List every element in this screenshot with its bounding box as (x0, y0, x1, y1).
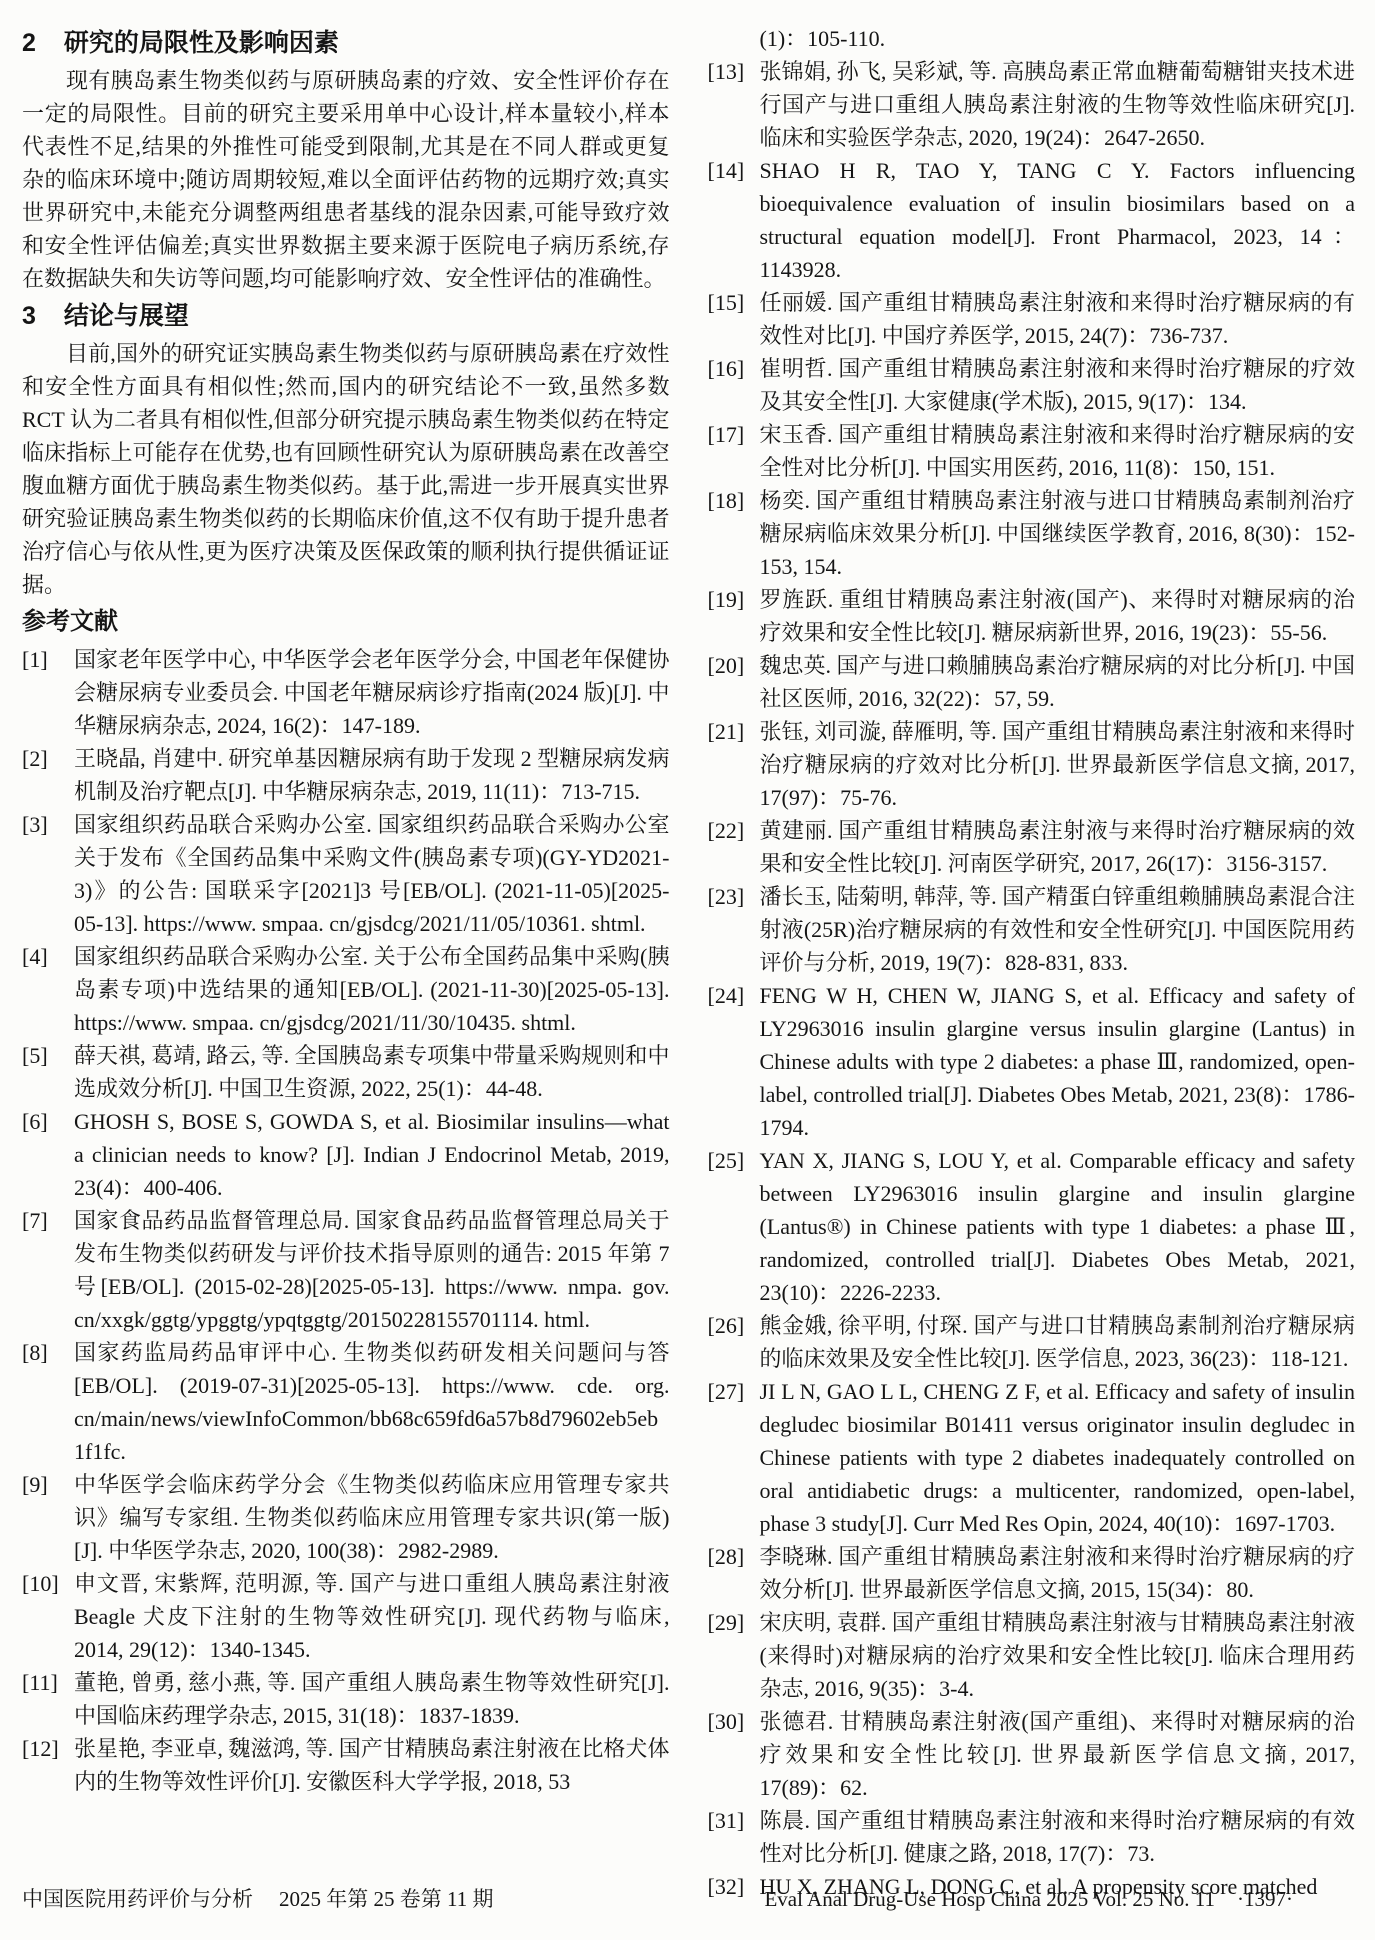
reference-number: [10] (22, 1567, 74, 1666)
reference-number: [25] (708, 1144, 760, 1309)
reference-item: [8]国家药监局药品审评中心. 生物类似药研发相关问题问与答[EB/OL]. (… (22, 1336, 670, 1468)
reference-number: [8] (22, 1336, 74, 1468)
reference-item: [20]魏忠英. 国产与进口赖脯胰岛素治疗糖尿病的对比分析[J]. 中国社区医师… (708, 649, 1356, 715)
reference-number: [17] (708, 418, 760, 484)
footer-issue-cn: 2025 年第 25 卷第 11 期 (279, 1887, 493, 1911)
page-footer: 中国医院用药评价与分析2025 年第 25 卷第 11 期 Eval Anal … (22, 1884, 1355, 1914)
reference-number: [19] (708, 583, 760, 649)
reference-number: [2] (22, 742, 74, 808)
footer-left: 中国医院用药评价与分析2025 年第 25 卷第 11 期 (22, 1884, 519, 1914)
reference-number: [31] (708, 1804, 760, 1870)
right-column: (1)：105-110. [13]张锦娟, 孙飞, 吴彩斌, 等. 高胰岛素正常… (708, 22, 1356, 1903)
footer-right: Eval Anal Drug-Use Hosp China 2025 Vol. … (742, 1884, 1293, 1914)
footer-journal-cn: 中国医院用药评价与分析 (22, 1887, 253, 1911)
reference-number: [1] (22, 643, 74, 742)
reference-item: [17]宋玉香. 国产重组甘精胰岛素注射液和来得时治疗糖尿病的安全性对比分析[J… (708, 418, 1356, 484)
reference-text: 中华医学会临床药学分会《生物类似药临床应用管理专家共识》编写专家组. 生物类似药… (74, 1468, 670, 1567)
reference-number: [12] (22, 1732, 74, 1798)
reference-text: 王晓晶, 肖建中. 研究单基因糖尿病有助于发现 2 型糖尿病发病机制及治疗靶点[… (74, 742, 670, 808)
section-3-title: 结论与展望 (64, 302, 189, 330)
references-heading: 参考文献 (22, 601, 670, 643)
reference-number: [7] (22, 1204, 74, 1336)
reference-item: [25]YAN X, JIANG S, LOU Y, et al. Compar… (708, 1144, 1356, 1309)
reference-item: [4]国家组织药品联合采购办公室. 关于公布全国药品集中采购(胰岛素专项)中选结… (22, 940, 670, 1039)
reference-number: [18] (708, 484, 760, 583)
reference-text: 陈晨. 国产重组甘精胰岛素注射液和来得时治疗糖尿病的有效性对比分析[J]. 健康… (760, 1804, 1356, 1870)
section-2-paragraph: 现有胰岛素生物类似药与原研胰岛素的疗效、安全性评价存在一定的局限性。目前的研究主… (22, 64, 670, 295)
reference-number: [23] (708, 880, 760, 979)
reference-text: 黄建丽. 国产重组甘精胰岛素注射液与来得时治疗糖尿病的效果和安全性比较[J]. … (760, 814, 1356, 880)
reference-item: [10]申文晋, 宋紫辉, 范明源, 等. 国产与进口重组人胰岛素注射液 Bea… (22, 1567, 670, 1666)
footer-page-number: ·1397· (1237, 1887, 1293, 1911)
section-3-paragraph: 目前,国外的研究证实胰岛素生物类似药与原研胰岛素在疗效性和安全性方面具有相似性;… (22, 337, 670, 601)
reference-number: [29] (708, 1606, 760, 1705)
reference-text: 任丽媛. 国产重组甘精胰岛素注射液和来得时治疗糖尿病的有效性对比[J]. 中国疗… (760, 286, 1356, 352)
section-2-title: 研究的局限性及影响因素 (64, 29, 339, 57)
reference-number: [6] (22, 1105, 74, 1204)
reference-item: [2]王晓晶, 肖建中. 研究单基因糖尿病有助于发现 2 型糖尿病发病机制及治疗… (22, 742, 670, 808)
section-2-number: 2 (22, 29, 36, 57)
reference-number: [14] (708, 154, 760, 286)
reference-item: [22]黄建丽. 国产重组甘精胰岛素注射液与来得时治疗糖尿病的效果和安全性比较[… (708, 814, 1356, 880)
footer-journal-en: Eval Anal Drug-Use Hosp China 2025 Vol. … (764, 1887, 1215, 1911)
reference-number: [5] (22, 1039, 74, 1105)
reference-text: 魏忠英. 国产与进口赖脯胰岛素治疗糖尿病的对比分析[J]. 中国社区医师, 20… (760, 649, 1356, 715)
reference-number: [22] (708, 814, 760, 880)
reference-item: [11]董艳, 曾勇, 慈小燕, 等. 国产重组人胰岛素生物等效性研究[J]. … (22, 1666, 670, 1732)
reference-text: 张钰, 刘司漩, 薛雁明, 等. 国产重组甘精胰岛素注射液和来得时治疗糖尿病的疗… (760, 715, 1356, 814)
reference-text: 薛天祺, 葛靖, 路云, 等. 全国胰岛素专项集中带量采购规则和中选成效分析[J… (74, 1039, 670, 1105)
reference-text: 张德君. 甘精胰岛素注射液(国产重组)、来得时对糖尿病的治疗效果和安全性比较[J… (760, 1705, 1356, 1804)
reference-item: [27]JI L N, GAO L L, CHENG Z F, et al. E… (708, 1375, 1356, 1540)
reference-number: [28] (708, 1540, 760, 1606)
reference-text: 国家老年医学中心, 中华医学会老年医学分会, 中国老年保健协会糖尿病专业委员会.… (74, 643, 670, 742)
reference-number: [9] (22, 1468, 74, 1567)
reference-item: [30]张德君. 甘精胰岛素注射液(国产重组)、来得时对糖尿病的治疗效果和安全性… (708, 1705, 1356, 1804)
reference-item: [21]张钰, 刘司漩, 薛雁明, 等. 国产重组甘精胰岛素注射液和来得时治疗糖… (708, 715, 1356, 814)
reference-item: [28]李晓琳. 国产重组甘精胰岛素注射液和来得时治疗糖尿病的疗效分析[J]. … (708, 1540, 1356, 1606)
reference-number: [27] (708, 1375, 760, 1540)
reference-item: [5]薛天祺, 葛靖, 路云, 等. 全国胰岛素专项集中带量采购规则和中选成效分… (22, 1039, 670, 1105)
reference-item: [24]FENG W H, CHEN W, JIANG S, et al. Ef… (708, 979, 1356, 1144)
reference-item: [1]国家老年医学中心, 中华医学会老年医学分会, 中国老年保健协会糖尿病专业委… (22, 643, 670, 742)
reference-text: 罗旌跃. 重组甘精胰岛素注射液(国产)、来得时对糖尿病的治疗效果和安全性比较[J… (760, 583, 1356, 649)
reference-number: [4] (22, 940, 74, 1039)
reference-text: 熊金娥, 徐平明, 付琛. 国产与进口甘精胰岛素制剂治疗糖尿病的临床效果及安全性… (760, 1309, 1356, 1375)
reference-text: JI L N, GAO L L, CHENG Z F, et al. Effic… (760, 1375, 1356, 1540)
reference-number: [15] (708, 286, 760, 352)
reference-text: 国家组织药品联合采购办公室. 关于公布全国药品集中采购(胰岛素专项)中选结果的通… (74, 940, 670, 1039)
reference-item: [7]国家食品药品监督管理总局. 国家食品药品监督管理总局关于发布生物类似药研发… (22, 1204, 670, 1336)
references-list-left: [1]国家老年医学中心, 中华医学会老年医学分会, 中国老年保健协会糖尿病专业委… (22, 643, 670, 1798)
reference-text: 董艳, 曾勇, 慈小燕, 等. 国产重组人胰岛素生物等效性研究[J]. 中国临床… (74, 1666, 670, 1732)
reference-text: 国家食品药品监督管理总局. 国家食品药品监督管理总局关于发布生物类似药研发与评价… (74, 1204, 670, 1336)
section-3-heading: 3结论与展望 (22, 295, 670, 337)
reference-number: [20] (708, 649, 760, 715)
reference-item: [6]GHOSH S, BOSE S, GOWDA S, et al. Bios… (22, 1105, 670, 1204)
reference-text: 国家药监局药品审评中心. 生物类似药研发相关问题问与答[EB/OL]. (201… (74, 1336, 670, 1468)
reference-item: [26]熊金娥, 徐平明, 付琛. 国产与进口甘精胰岛素制剂治疗糖尿病的临床效果… (708, 1309, 1356, 1375)
reference-item: [9]中华医学会临床药学分会《生物类似药临床应用管理专家共识》编写专家组. 生物… (22, 1468, 670, 1567)
reference-12-continuation: (1)：105-110. (708, 22, 1356, 55)
section-3-number: 3 (22, 302, 36, 330)
reference-text: 国家组织药品联合采购办公室. 国家组织药品联合采购办公室关于发布《全国药品集中采… (74, 808, 670, 940)
reference-number: [21] (708, 715, 760, 814)
reference-text: 张星艳, 李亚卓, 魏滋鸿, 等. 国产甘精胰岛素注射液在比格犬体内的生物等效性… (74, 1732, 670, 1798)
reference-item: [13]张锦娟, 孙飞, 吴彩斌, 等. 高胰岛素正常血糖葡萄糖钳夹技术进行国产… (708, 55, 1356, 154)
reference-item: [18]杨奕. 国产重组甘精胰岛素注射液与进口甘精胰岛素制剂治疗糖尿病临床效果分… (708, 484, 1356, 583)
reference-number: [13] (708, 55, 760, 154)
reference-text: 崔明哲. 国产重组甘精胰岛素注射液和来得时治疗糖尿的疗效及其安全性[J]. 大家… (760, 352, 1356, 418)
reference-text: FENG W H, CHEN W, JIANG S, et al. Effica… (760, 979, 1356, 1144)
reference-item: [16]崔明哲. 国产重组甘精胰岛素注射液和来得时治疗糖尿的疗效及其安全性[J]… (708, 352, 1356, 418)
reference-item: [3]国家组织药品联合采购办公室. 国家组织药品联合采购办公室关于发布《全国药品… (22, 808, 670, 940)
reference-text: SHAO H R, TAO Y, TANG C Y. Factors influ… (760, 154, 1356, 286)
reference-text: 宋玉香. 国产重组甘精胰岛素注射液和来得时治疗糖尿病的安全性对比分析[J]. 中… (760, 418, 1356, 484)
reference-text: YAN X, JIANG S, LOU Y, et al. Comparable… (760, 1144, 1356, 1309)
reference-text: 张锦娟, 孙飞, 吴彩斌, 等. 高胰岛素正常血糖葡萄糖钳夹技术进行国产与进口重… (760, 55, 1356, 154)
reference-text: 宋庆明, 袁群. 国产重组甘精胰岛素注射液与甘精胰岛素注射液(来得时)对糖尿病的… (760, 1606, 1356, 1705)
reference-item: [23]潘长玉, 陆菊明, 韩萍, 等. 国产精蛋白锌重组赖脯胰岛素混合注射液(… (708, 880, 1356, 979)
reference-number: [11] (22, 1666, 74, 1732)
left-column: 2研究的局限性及影响因素 现有胰岛素生物类似药与原研胰岛素的疗效、安全性评价存在… (22, 22, 670, 1903)
reference-item: [15]任丽媛. 国产重组甘精胰岛素注射液和来得时治疗糖尿病的有效性对比[J].… (708, 286, 1356, 352)
reference-text: GHOSH S, BOSE S, GOWDA S, et al. Biosimi… (74, 1105, 670, 1204)
reference-text: 潘长玉, 陆菊明, 韩萍, 等. 国产精蛋白锌重组赖脯胰岛素混合注射液(25R)… (760, 880, 1356, 979)
reference-number: [3] (22, 808, 74, 940)
reference-item: [12]张星艳, 李亚卓, 魏滋鸿, 等. 国产甘精胰岛素注射液在比格犬体内的生… (22, 1732, 670, 1798)
reference-number: [26] (708, 1309, 760, 1375)
section-2-heading: 2研究的局限性及影响因素 (22, 22, 670, 64)
reference-text: 李晓琳. 国产重组甘精胰岛素注射液和来得时治疗糖尿病的疗效分析[J]. 世界最新… (760, 1540, 1356, 1606)
references-list-right: [13]张锦娟, 孙飞, 吴彩斌, 等. 高胰岛素正常血糖葡萄糖钳夹技术进行国产… (708, 55, 1356, 1903)
reference-text: 申文晋, 宋紫辉, 范明源, 等. 国产与进口重组人胰岛素注射液 Beagle … (74, 1567, 670, 1666)
reference-number: [24] (708, 979, 760, 1144)
journal-page: 2研究的局限性及影响因素 现有胰岛素生物类似药与原研胰岛素的疗效、安全性评价存在… (0, 0, 1375, 1903)
reference-item: [31]陈晨. 国产重组甘精胰岛素注射液和来得时治疗糖尿病的有效性对比分析[J]… (708, 1804, 1356, 1870)
reference-item: [29]宋庆明, 袁群. 国产重组甘精胰岛素注射液与甘精胰岛素注射液(来得时)对… (708, 1606, 1356, 1705)
reference-number: [16] (708, 352, 760, 418)
reference-item: [19]罗旌跃. 重组甘精胰岛素注射液(国产)、来得时对糖尿病的治疗效果和安全性… (708, 583, 1356, 649)
reference-item: [14]SHAO H R, TAO Y, TANG C Y. Factors i… (708, 154, 1356, 286)
reference-text: 杨奕. 国产重组甘精胰岛素注射液与进口甘精胰岛素制剂治疗糖尿病临床效果分析[J]… (760, 484, 1356, 583)
reference-number: [30] (708, 1705, 760, 1804)
